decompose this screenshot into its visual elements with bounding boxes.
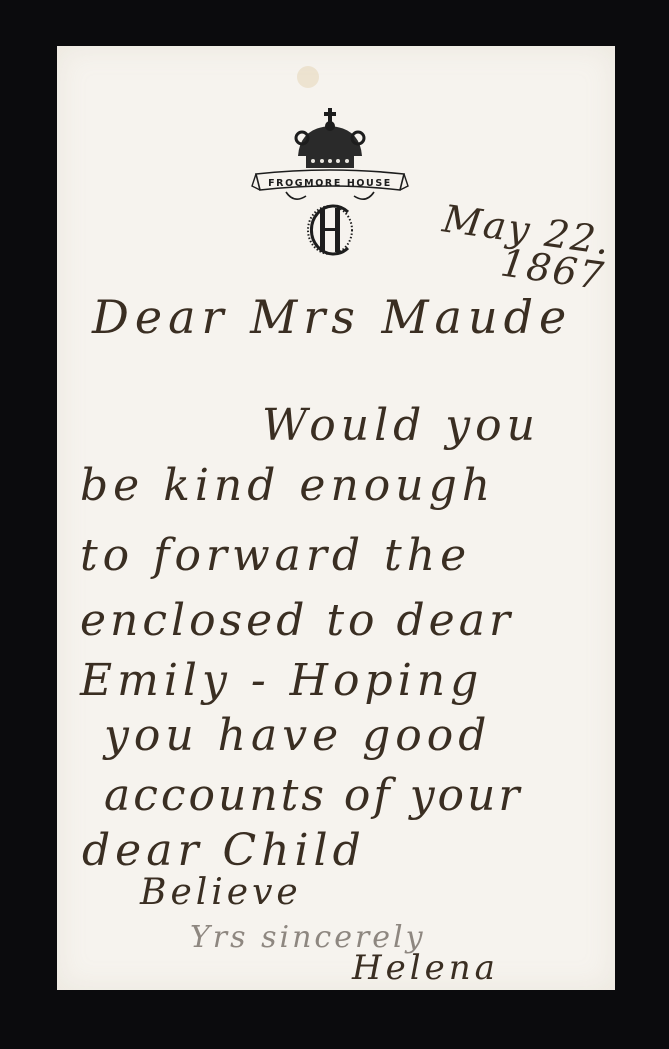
letterhead-crest: FROGMORE HOUSE <box>250 108 410 258</box>
body-line-8: dear Child <box>82 825 366 876</box>
signature: Helena <box>352 948 499 988</box>
body-line-2: be kind enough <box>80 460 495 511</box>
body-line-1: Would you <box>262 400 540 451</box>
royal-crown-icon: FROGMORE HOUSE <box>250 108 410 258</box>
closing-line-1: Believe <box>140 872 302 913</box>
salutation: Dear Mrs Maude <box>92 290 572 344</box>
body-line-5: Emily - Hoping <box>80 655 483 706</box>
body-line-6: you have good <box>104 710 491 761</box>
svg-text:FROGMORE HOUSE: FROGMORE HOUSE <box>268 178 392 189</box>
paper-stain <box>297 66 319 88</box>
body-line-4: enclosed to dear <box>80 595 514 646</box>
body-line-7: accounts of your <box>104 770 522 821</box>
body-line-3: to forward the <box>80 530 471 581</box>
